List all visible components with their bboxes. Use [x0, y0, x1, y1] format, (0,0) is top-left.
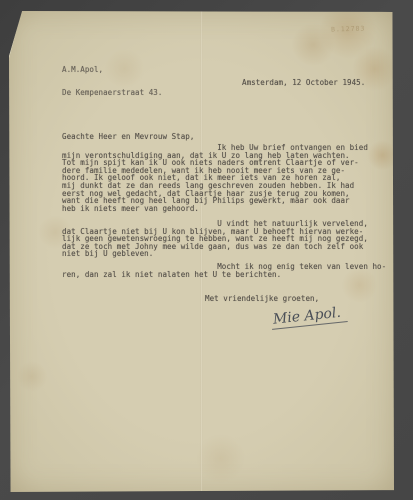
archive-number: B.12783 — [331, 24, 366, 33]
pencil-stroke — [231, 491, 240, 494]
dateline: Amsterdam, 12 October 1945. — [242, 79, 365, 87]
sender-street: De Kempenaerstraat 43. — [62, 89, 162, 97]
sender-name: A.M.Apol, — [62, 66, 162, 74]
letter-paper: B.12783 A.M.Apol, De Kempenaerstraat 43.… — [9, 11, 394, 492]
corner-fold-line — [6, 17, 20, 63]
body-paragraph-2: U vindt het natuurlijk vervelend, dat Cl… — [62, 220, 368, 258]
pencil-stray-mark — [231, 489, 247, 495]
pencil-stroke — [239, 491, 248, 494]
scan-background: B.12783 A.M.Apol, De Kempenaerstraat 43.… — [0, 0, 413, 500]
body-paragraph-3: Mocht ik nog enig teken van leven ho- re… — [62, 263, 386, 278]
body-paragraph-1: Ik heb Uw brief ontvangen en bied mijn v… — [62, 144, 368, 212]
sender-address-block: A.M.Apol, De Kempenaerstraat 43. — [62, 51, 162, 112]
salutation: Geachte Heer en Mevrouw Stap, — [62, 133, 194, 141]
closing-line: Met vriendelijke groeten, — [205, 295, 319, 303]
handwritten-signature: Mie Apol. — [270, 304, 347, 330]
